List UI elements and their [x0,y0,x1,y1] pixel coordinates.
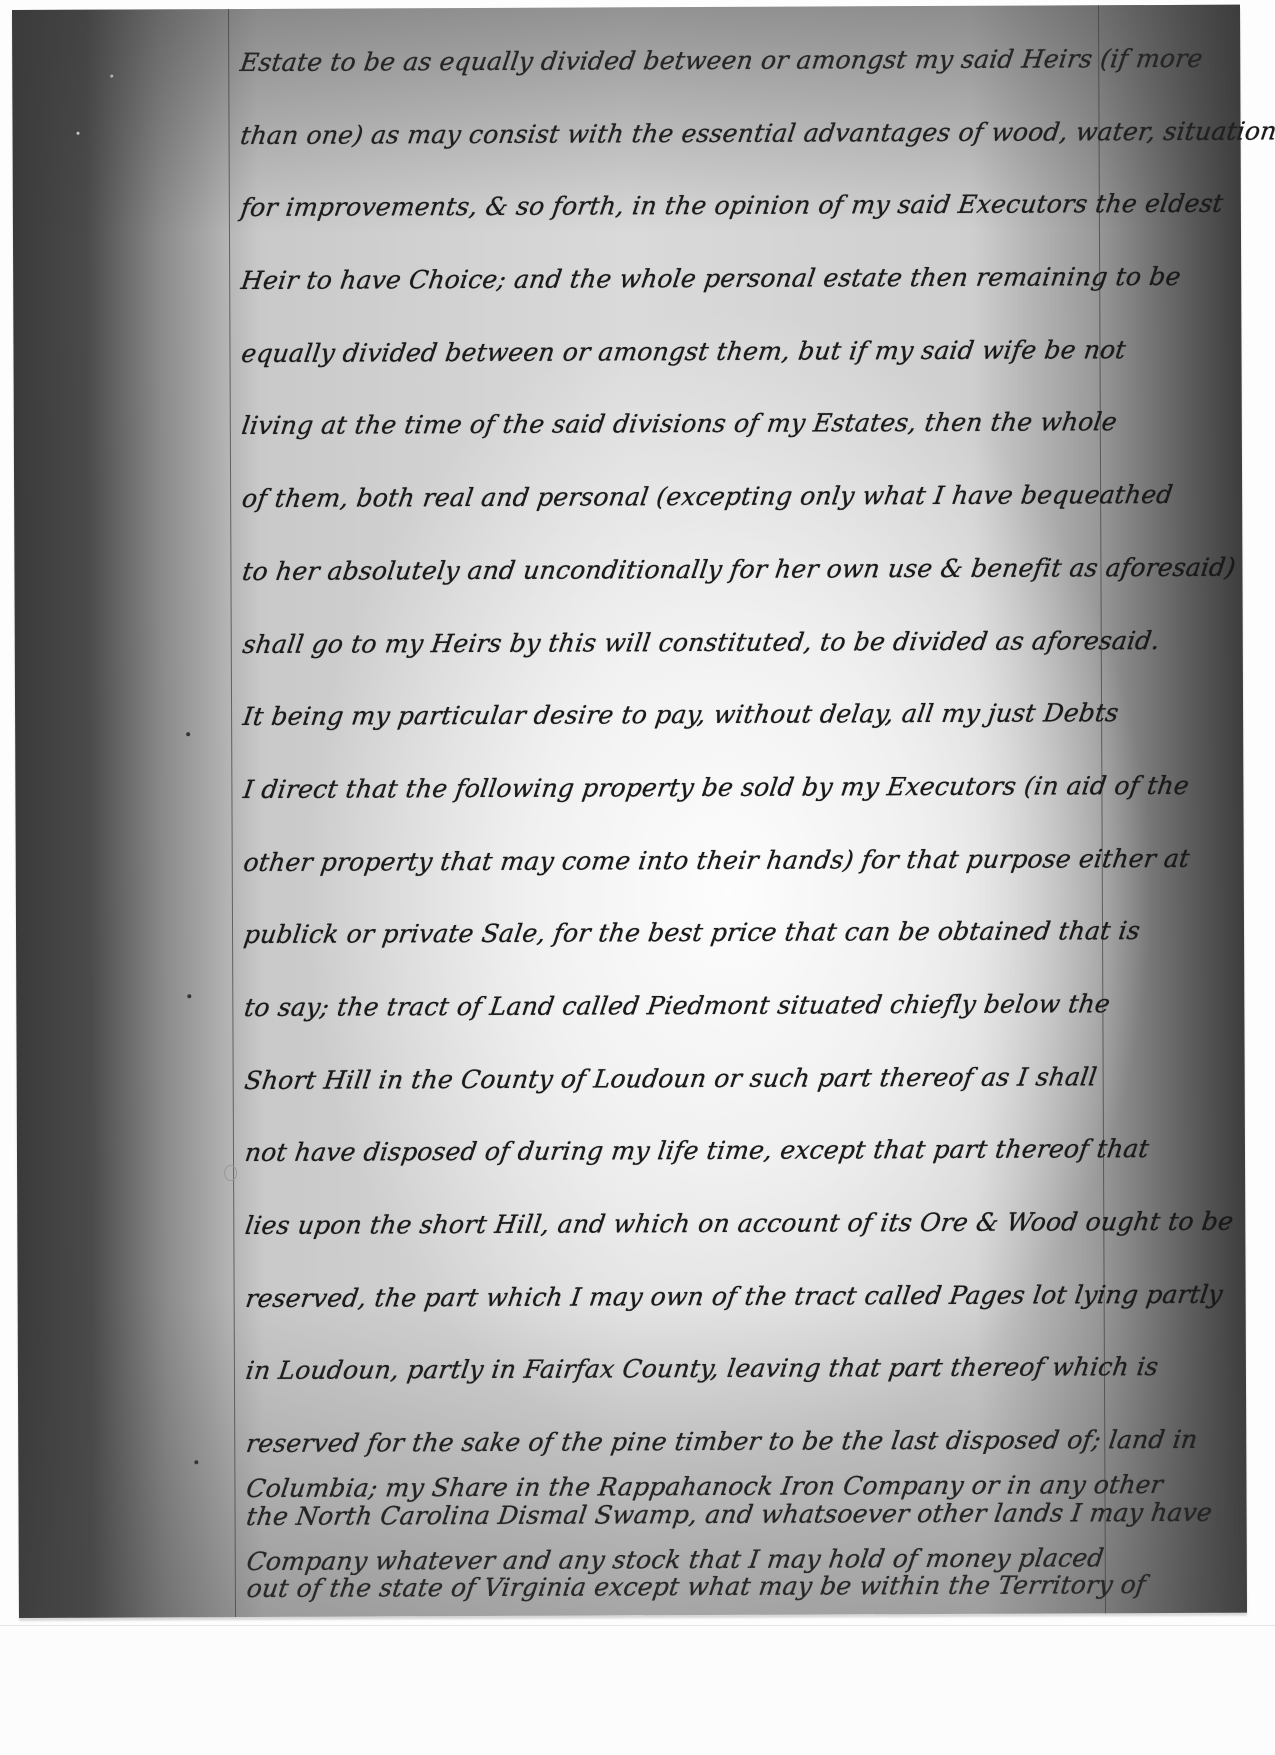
text-line: equally divided between or amongst them,… [237,314,1127,391]
scanned-page: Estate to be as equally divided between … [12,5,1247,1618]
text-line: to say; the tract of Land called Piedmon… [239,968,1129,1045]
text-line: shall go to my Heirs by this will consti… [238,605,1128,682]
text-line: It being my particular desire to pay, wi… [238,677,1128,754]
text-line: in Loudoun, partly in Fairfax County, le… [241,1332,1131,1409]
text-line: Heir to have Choice; and the whole perso… [236,241,1126,318]
margin-dot [186,732,190,736]
left-margin-rule [228,9,236,1617]
punch-hole-mark [224,1165,237,1181]
text-line: publick or private Sale, for the best pr… [239,895,1129,972]
text-line: living at the time of the said divisions… [237,387,1127,464]
text-line: lies upon the short Hill, and which on a… [240,1186,1130,1263]
handwritten-text-body: Estate to be as equally divided between … [240,23,1127,1626]
text-line: other property that may come into their … [239,823,1129,900]
margin-dot [187,994,191,998]
margin-dot [194,1460,198,1464]
text-line: than one) as may consist with the essent… [236,96,1126,173]
text-line: Short Hill in the County of Loudoun or s… [240,1041,1130,1118]
text-line: I direct that the following property be … [238,750,1128,827]
text-line: for improvements, & so forth, in the opi… [236,169,1126,246]
scan-speck [110,75,113,78]
text-line: Estate to be as equally divided between … [235,23,1125,100]
blank-scan-margin [0,1625,1275,1755]
text-line: Columbia; my Share in the Rappahanock Ir… [242,1449,1132,1526]
scan-speck [77,132,80,135]
text-line: of them, both real and personal (excepti… [237,459,1127,536]
text-line: not have disposed of during my life time… [240,1113,1130,1190]
text-line: Company whatever and any stock that I ma… [242,1522,1132,1599]
text-line: to her absolutely and unconditionally fo… [238,532,1128,609]
text-line: reserved, the part which I may own of th… [241,1259,1131,1336]
handwritten-text-tail: Columbia; my Share in the Rappahanock Ir… [246,1449,1127,1598]
